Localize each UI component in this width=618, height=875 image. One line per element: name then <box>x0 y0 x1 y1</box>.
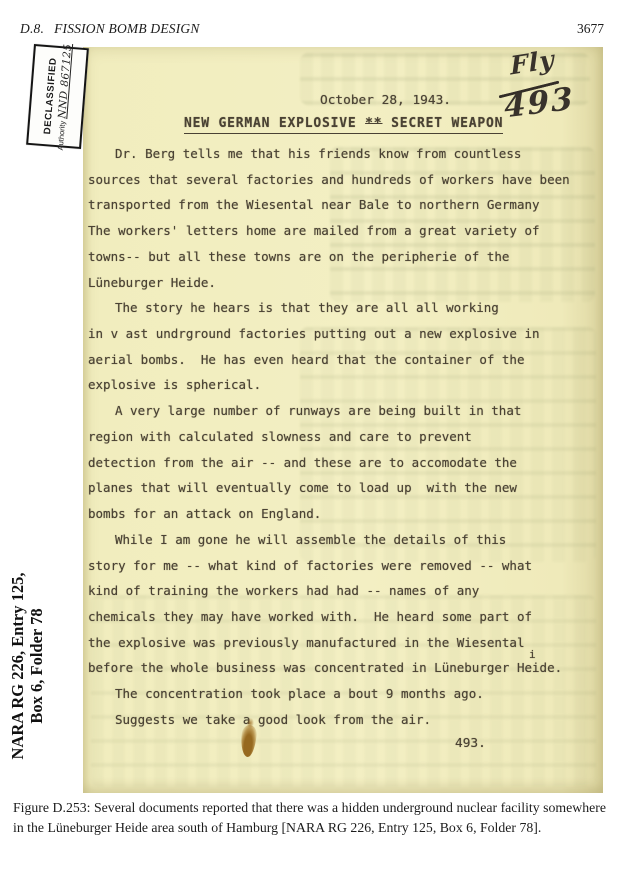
typed-line: Lüneburger Heide. <box>88 275 593 301</box>
handwritten-annotation: Fly 493 <box>492 48 592 138</box>
typed-line: The story he hears is that they are all … <box>88 300 593 326</box>
typed-line: kind of training the workers had had -- … <box>88 583 593 609</box>
declassified-stamp: DECLASSIFIED Authority NND 867125 <box>24 46 92 148</box>
typed-line: A very large number of runways are being… <box>88 403 593 429</box>
typed-line: in v ast undrground factories putting ou… <box>88 326 593 352</box>
chapter-heading: D.8.FISSION BOMB DESIGN <box>20 21 200 37</box>
section-number: D.8. <box>20 21 44 36</box>
typed-line: explosive is spherical. <box>88 377 593 403</box>
typed-lines: Dr. Berg tells me that his friends know … <box>88 146 593 738</box>
typed-line: chemicals they may have worked with. He … <box>88 609 593 635</box>
document-date: October 28, 1943. <box>320 93 451 108</box>
stamp-authority-label: Authority <box>56 120 67 150</box>
book-page-number: 3677 <box>577 21 604 37</box>
archive-source-line2: Box 6, Folder 78 <box>27 546 46 786</box>
typed-page-number: 493. <box>455 736 486 751</box>
archive-source-line1: NARA RG 226, Entry 125, <box>8 546 27 786</box>
document-title-post: SECRET WEAPON <box>382 116 503 131</box>
inserted-correction-char: i <box>529 648 536 661</box>
typed-line: aerial bombs. He has even heard that the… <box>88 352 593 378</box>
figure-caption: Figure D.253: Several documents reported… <box>13 798 606 837</box>
book-page: D.8.FISSION BOMB DESIGN 3677 October 28,… <box>0 0 618 875</box>
handwritten-number: 493 <box>503 81 575 126</box>
document-title: NEW GERMAN EXPLOSIVE ** SECRET WEAPON <box>184 116 503 134</box>
typed-line: The workers' letters home are mailed fro… <box>88 223 593 249</box>
typed-line: Dr. Berg tells me that his friends know … <box>88 146 593 172</box>
declassified-stamp-box: DECLASSIFIED Authority NND 867125 <box>26 44 89 149</box>
typed-line: transported from the Wiesental near Bale… <box>88 197 593 223</box>
typed-line: While I am gone he will assemble the det… <box>88 532 593 558</box>
document-title-strikeout: ** <box>365 116 382 131</box>
typed-line: The concentration took place a bout 9 mo… <box>88 686 593 712</box>
document-title-pre: NEW GERMAN EXPLOSIVE <box>184 116 365 131</box>
section-title: FISSION BOMB DESIGN <box>54 21 200 36</box>
typed-line: story for me -- what kind of factories w… <box>88 558 593 584</box>
typed-line: the explosive was previously manufacture… <box>88 635 593 661</box>
typed-line: region with calculated slowness and care… <box>88 429 593 455</box>
running-head: D.8.FISSION BOMB DESIGN 3677 <box>20 21 604 37</box>
typed-line: before the whole business was concentrat… <box>88 660 593 686</box>
typed-line: detection from the air -- and these are … <box>88 455 593 481</box>
typed-line: planes that will eventually come to load… <box>88 480 593 506</box>
typed-line: towns-- but all these towns are on the p… <box>88 249 593 275</box>
stamp-authority-number: NND 867125 <box>56 43 74 119</box>
typed-line: sources that several factories and hundr… <box>88 172 593 198</box>
handwritten-word: Fly <box>510 44 556 80</box>
archive-source-note: NARA RG 226, Entry 125, Box 6, Folder 78 <box>8 546 48 786</box>
typed-line: bombs for an attack on England. <box>88 506 593 532</box>
scanned-document: October 28, 1943. NEW GERMAN EXPLOSIVE *… <box>83 47 603 793</box>
typed-line: Suggests we take a good look from the ai… <box>88 712 593 738</box>
